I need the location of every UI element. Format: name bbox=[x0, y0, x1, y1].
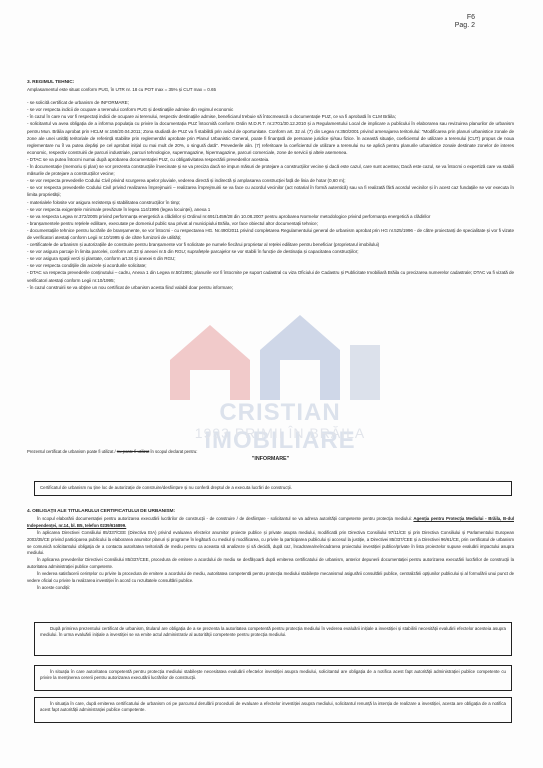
notice-box: Certificatul de urbanism nu ține loc de … bbox=[34, 481, 512, 496]
section3-item: - materialele folosite vor asigura rezis… bbox=[27, 199, 514, 206]
obligation-box-3: În situația în care, după emiterea certi… bbox=[34, 697, 512, 723]
section3-item: - se va respecta Legea nr.372/2005 privi… bbox=[27, 213, 514, 220]
usage-statement: Prezentul certificat de urbanism poate f… bbox=[27, 448, 514, 455]
section4-title: 4. OBLIGAȚII ALE TITULARULUI CERTIFICATU… bbox=[27, 509, 514, 516]
section3-item: - în cazul construirii se va obține un n… bbox=[27, 284, 514, 291]
section3-item: - documentațiile tehnice pentru lucrăril… bbox=[27, 227, 514, 241]
section3-item: - se vor asigura parcaje în limita parce… bbox=[27, 248, 514, 255]
section3-item: - certificatele de urbanism și autorizaț… bbox=[27, 241, 514, 248]
section4-paragraph: În vederea satisfacerii cerințelor cu pr… bbox=[27, 571, 514, 585]
section4-paragraph: În scopul elaborării documentației pentr… bbox=[27, 516, 514, 530]
section3-item: - în cazul în care nu vor fi respectați … bbox=[27, 113, 514, 120]
form-code: F6 bbox=[455, 14, 475, 22]
section3-item: - se vor respecta indicii de ocupare a t… bbox=[27, 106, 514, 113]
obligation-box-1: După primirea prezentului certificat de … bbox=[34, 622, 512, 656]
section3: 3. REGIMUL TEHNIC: Amplasamentul este si… bbox=[27, 79, 514, 291]
section4-paragraph: În aplicarea prevederilor Directivei Con… bbox=[27, 557, 514, 571]
section4-paragraph: În aplicarea Directivei Consiliului 85/3… bbox=[27, 530, 514, 558]
section3-title: 3. REGIMUL TEHNIC: bbox=[27, 79, 514, 86]
house-logo-icon bbox=[150, 315, 410, 405]
page-number: Pag. 2 bbox=[455, 22, 475, 30]
section3-item: - se vor respecta prevederile Codului Ci… bbox=[27, 184, 514, 198]
purpose-label: "INFORMARE" bbox=[27, 456, 514, 463]
section3-item: - branșamentele pentru rețelele edilitar… bbox=[27, 220, 514, 227]
section3-item: - DTAC va respecta prevederile conținutu… bbox=[27, 269, 514, 283]
section3-item: - se vor respecta prevederile Codului Ci… bbox=[27, 177, 514, 184]
section3-item: - se vor respecta condițiile din avizele… bbox=[27, 262, 514, 269]
section3-item: - În documentație (memoriu și plan) se v… bbox=[27, 163, 514, 177]
section3-intro: Amplasamentul este situat conform PUG, î… bbox=[27, 86, 514, 93]
obligation-box-2: În situația în care autoritatea competen… bbox=[34, 665, 512, 691]
section4: 4. OBLIGAȚII ALE TITULARULUI CERTIFICATU… bbox=[27, 509, 514, 592]
struck-option: nu poate fi utilizat bbox=[117, 449, 149, 454]
section3-item: - se vor asigura spații verzi și plantat… bbox=[27, 255, 514, 262]
watermark-line2: 1993 PRIMII ÎN BRĂILA bbox=[150, 425, 410, 441]
watermark: CRISTIAN IMOBILIARE 1993 PRIMII ÎN BRĂIL… bbox=[150, 315, 410, 455]
section3-item: - se solicită certificat de urbanism de … bbox=[27, 99, 514, 106]
watermark-line1: CRISTIAN IMOBILIARE bbox=[150, 399, 410, 455]
page-header: F6 Pag. 2 bbox=[455, 14, 475, 30]
section3-item: - solicitantul va avea obligația de a in… bbox=[27, 120, 514, 155]
document-page: F6 Pag. 2 CRISTIAN IMOBILIARE 1993 PRIMI… bbox=[0, 0, 543, 768]
section4-paragraph: În aceste condiții: bbox=[27, 585, 514, 592]
section3-item: - se vor respecta exigențele minimale pr… bbox=[27, 206, 514, 213]
section3-item: - DTAC se va putea întocmi numai după ap… bbox=[27, 156, 514, 163]
